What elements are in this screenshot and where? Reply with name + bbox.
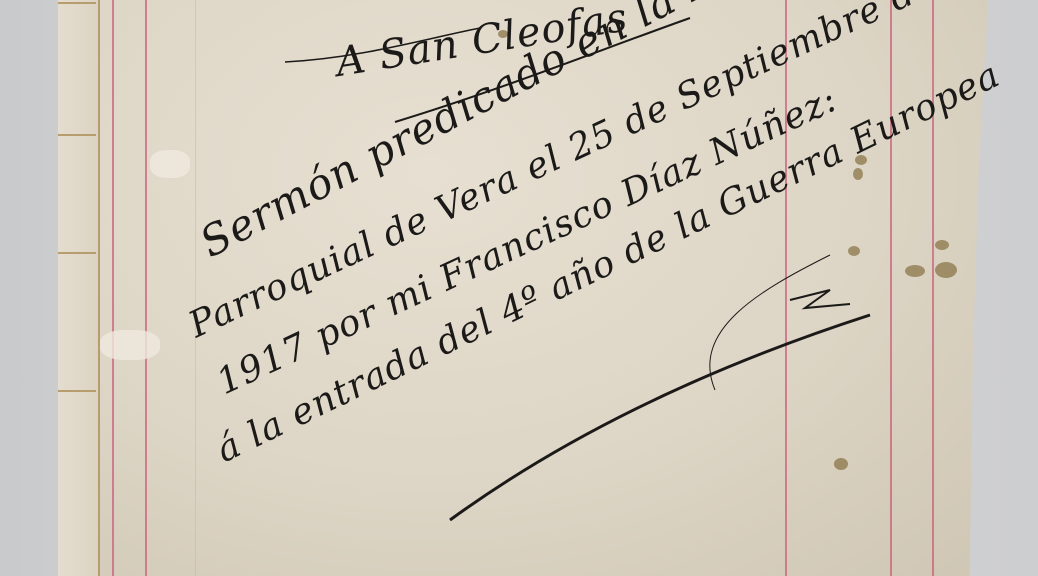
margin-rule — [112, 0, 114, 576]
page-binding-strip — [58, 0, 100, 576]
margin-rule — [145, 0, 147, 576]
paper-stain — [848, 246, 860, 256]
binding-stitch — [58, 2, 96, 4]
margin-rule-faint — [195, 0, 196, 576]
paper-stain — [935, 262, 957, 278]
paper-damage — [150, 150, 190, 178]
paper-stain — [853, 168, 863, 180]
binding-stitch — [58, 134, 96, 136]
margin-rule — [785, 0, 787, 576]
paper-stain — [905, 265, 925, 277]
paper-damage — [100, 330, 160, 360]
binding-stitch — [58, 252, 96, 254]
margin-rule — [890, 0, 892, 576]
binding-stitch — [58, 390, 96, 392]
paper-stain — [935, 240, 949, 250]
paper-stain — [834, 458, 848, 470]
